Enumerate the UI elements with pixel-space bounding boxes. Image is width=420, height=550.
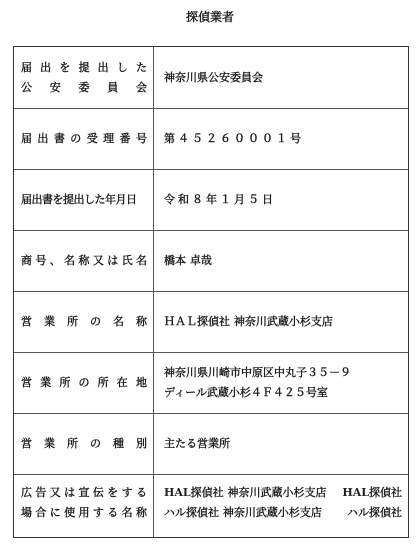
row-label: 営 業 所 の 所 在 地: [14, 353, 154, 413]
label-char: 場: [21, 503, 32, 523]
label-char: す: [122, 483, 133, 503]
label-char: 番: [120, 129, 131, 149]
label-line: 営 業 所 の 所 在 地: [21, 373, 147, 393]
label-char: 又: [50, 483, 61, 503]
table-row-trade-name: 商 号 、 名 称 又 は 氏 名 橋本 卓哉: [14, 231, 408, 292]
table-row-submission-date: 届出書を提出した年月日 令和８年１月５日: [14, 170, 408, 231]
label-char: 、: [50, 251, 61, 271]
label-char: は: [107, 251, 118, 271]
label-char: 称: [136, 312, 147, 332]
label-char: た: [136, 58, 147, 78]
label-char: 在: [117, 373, 128, 393]
commission-value: 神奈川県公安委員会: [164, 68, 404, 88]
row-value: 神奈川県川崎市中原区中丸子３５－９ ディール武蔵小杉４Ｆ４２５号室: [154, 353, 408, 413]
label-line: 場 合 に 使 用 す る 名 称: [21, 503, 147, 523]
advertising-name: ハル探偵社: [347, 503, 402, 523]
label-char: 名: [113, 312, 124, 332]
label-char: 広: [21, 483, 32, 503]
document-title: 探偵業者: [0, 8, 420, 25]
office-address-line-1: 神奈川県川崎市中原区中丸子３５－９: [164, 363, 404, 383]
label-char: 合: [35, 503, 46, 523]
label-char: 所: [67, 434, 78, 454]
label-char: 名: [122, 503, 133, 523]
row-label: 届 出 を 提 出 し た 公 安 委 員 会: [14, 47, 154, 108]
label-char: 号: [136, 129, 147, 149]
table-row-advertising-names: 広 告 又 は 宣 伝 を す る 場 合 に 使 用 す る 名 称: [14, 475, 408, 537]
row-value: 第４５２６０００１号: [154, 109, 408, 169]
label-char: 営: [21, 373, 32, 393]
table-row-receipt-number: 届 出 書 の 受 理 番 号 第４５２６０００１号: [14, 109, 408, 170]
label-line: 届 出 書 の 受 理 番 号: [21, 129, 147, 149]
label-char: 称: [136, 503, 147, 523]
label-char: 営: [21, 312, 32, 332]
label-char: 営: [21, 434, 32, 454]
label-line: 届 出 を 提 出 し た: [21, 58, 147, 78]
label-char: 別: [136, 434, 147, 454]
label-char: は: [64, 483, 75, 503]
office-address-line-2: ディール武蔵小杉４Ｆ４２５号室: [164, 383, 404, 403]
label-char: に: [50, 503, 61, 523]
label-line: 公 安 委 員 会: [21, 78, 147, 98]
label-char: の: [78, 373, 89, 393]
label-char: 号: [35, 251, 46, 271]
advertising-name: ハル探偵社 神奈川武蔵小杉支店: [164, 503, 322, 523]
label-char: 業: [40, 373, 51, 393]
label-char: る: [107, 503, 118, 523]
label-char: 業: [44, 312, 55, 332]
label-char: る: [136, 483, 147, 503]
label-char: 伝: [93, 483, 104, 503]
label-char: を: [59, 58, 70, 78]
label-char: 出: [40, 58, 51, 78]
label-line: 商 号 、 名 称 又 は 氏 名: [21, 251, 147, 271]
label-char: 受: [87, 129, 98, 149]
label-char: の: [70, 129, 81, 149]
table-row-office-address: 営 業 所 の 所 在 地 神奈川県川崎市中原区中丸子３５－９ ディール武蔵小杉…: [14, 353, 408, 414]
label-char: 名: [136, 251, 147, 271]
label-char: 出: [37, 129, 48, 149]
row-label: 営 業 所 の 名 称: [14, 292, 154, 352]
label-char: 公: [21, 78, 32, 98]
label-char: 商: [21, 251, 32, 271]
label-char: 業: [44, 434, 55, 454]
office-name-value: ＨＡＬ探偵社 神奈川武蔵小杉支店: [164, 312, 404, 332]
label-char: 所: [59, 373, 70, 393]
label-char: 宣: [79, 483, 90, 503]
label-char: 届: [21, 58, 32, 78]
row-label: 届 出 書 の 受 理 番 号: [14, 109, 154, 169]
label-char: を: [107, 483, 118, 503]
label-line: 広 告 又 は 宣 伝 を す る: [21, 483, 147, 503]
label-char: 種: [113, 434, 124, 454]
row-value: 橋本 卓哉: [154, 231, 408, 291]
registration-table: 届 出 を 提 出 し た 公 安 委 員 会 神奈川県公安委員会 届: [13, 46, 409, 538]
row-value: 神奈川県公安委員会: [154, 47, 408, 108]
table-row-office-name: 営 業 所 の 名 称 ＨＡＬ探偵社 神奈川武蔵小杉支店: [14, 292, 408, 353]
row-label: 商 号 、 名 称 又 は 氏 名: [14, 231, 154, 291]
label-char: 書: [54, 129, 65, 149]
row-label: 営 業 所 の 種 別: [14, 414, 154, 474]
advertising-name-line-2: ハル探偵社 神奈川武蔵小杉支店 ハル探偵社: [164, 503, 404, 523]
label-char: 所: [67, 312, 78, 332]
row-label: 届出書を提出した年月日: [14, 170, 154, 230]
label-char: 安: [50, 78, 61, 98]
label-char: 所: [98, 373, 109, 393]
label-char: 員: [107, 78, 118, 98]
label-char: 称: [79, 251, 90, 271]
office-type-value: 主たる営業所: [164, 434, 404, 454]
label-char: 又: [93, 251, 104, 271]
row-value: HAL探偵社 神奈川武蔵小杉支店 HAL探偵社 ハル探偵社 神奈川武蔵小杉支店 …: [154, 475, 408, 537]
label-text: 届出書を提出した年月日: [21, 190, 137, 210]
label-char: 用: [79, 503, 90, 523]
label-char: の: [90, 312, 101, 332]
label-char: す: [93, 503, 104, 523]
row-value: 令和８年１月５日: [154, 170, 408, 230]
label-line: 営 業 所 の 名 称: [21, 312, 147, 332]
label-char: し: [117, 58, 128, 78]
label-char: 名: [64, 251, 75, 271]
advertising-name: HAL探偵社: [342, 483, 402, 503]
label-char: の: [90, 434, 101, 454]
label-char: 出: [98, 58, 109, 78]
label-char: 地: [136, 373, 147, 393]
table-row-commission: 届 出 を 提 出 し た 公 安 委 員 会 神奈川県公安委員会: [14, 47, 408, 109]
label-line: 営 業 所 の 種 別: [21, 434, 147, 454]
label-char: 会: [136, 78, 147, 98]
row-value: 主たる営業所: [154, 414, 408, 474]
submission-date-value: 令和８年１月５日: [164, 190, 404, 210]
label-char: 氏: [122, 251, 133, 271]
advertising-name: HAL探偵社 神奈川武蔵小杉支店: [164, 483, 327, 503]
label-char: 告: [35, 483, 46, 503]
row-value: ＨＡＬ探偵社 神奈川武蔵小杉支店: [154, 292, 408, 352]
label-line: 届出書を提出した年月日: [21, 190, 147, 210]
receipt-number-value: 第４５２６０００１号: [164, 129, 404, 149]
table-row-office-type: 営 業 所 の 種 別 主たる営業所: [14, 414, 408, 475]
label-char: 届: [21, 129, 32, 149]
label-char: 提: [78, 58, 89, 78]
advertising-name-line-1: HAL探偵社 神奈川武蔵小杉支店 HAL探偵社: [164, 483, 404, 503]
label-char: 使: [64, 503, 75, 523]
label-char: 理: [103, 129, 114, 149]
label-char: 委: [79, 78, 90, 98]
trade-name-value: 橋本 卓哉: [164, 251, 404, 271]
row-label: 広 告 又 は 宣 伝 を す る 場 合 に 使 用 す る 名 称: [14, 475, 154, 537]
